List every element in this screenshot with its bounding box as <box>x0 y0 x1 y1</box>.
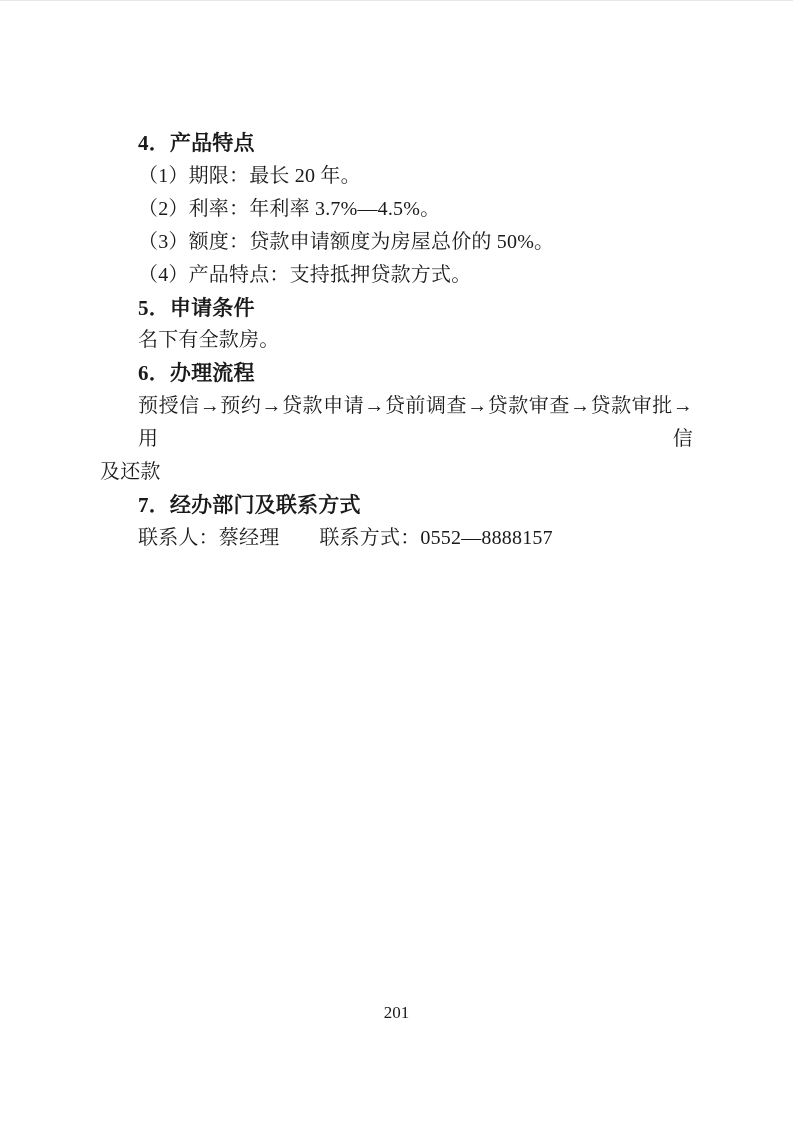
section-heading-process: 6．办理流程 <box>100 357 693 390</box>
feature-item-amount: （3）额度：贷款申请额度为房屋总价的 50%。 <box>100 226 693 259</box>
contact-method-text: 联系方式：0552—8888157 <box>319 527 552 549</box>
document-page: 4．产品特点 （1）期限：最长 20 年。 （2）利率：年利率 3.7%—4.5… <box>0 0 793 1122</box>
feature-item-term: （1）期限：最长 20 年。 <box>100 160 693 193</box>
conditions-body-text: 名下有全款房。 <box>100 324 693 357</box>
section-heading-application-conditions: 5．申请条件 <box>100 292 693 325</box>
contact-line: 联系人：蔡经理联系方式：0552—8888157 <box>100 522 693 555</box>
section-heading-product-features: 4．产品特点 <box>100 127 693 160</box>
section-heading-contact: 7．经办部门及联系方式 <box>100 489 693 522</box>
contact-person-text: 联系人：蔡经理 <box>138 527 279 549</box>
feature-item-rate: （2）利率：年利率 3.7%—4.5%。 <box>100 193 693 226</box>
page-number: 201 <box>0 1003 793 1023</box>
feature-item-mortgage: （4）产品特点：支持抵押贷款方式。 <box>100 259 693 292</box>
process-flow-line-2: 及还款 <box>100 456 693 489</box>
process-flow-line-1: 预授信→预约→贷款申请→贷前调查→贷款审查→贷款审批→用信 <box>100 390 693 456</box>
document-content: 4．产品特点 （1）期限：最长 20 年。 （2）利率：年利率 3.7%—4.5… <box>100 127 693 555</box>
